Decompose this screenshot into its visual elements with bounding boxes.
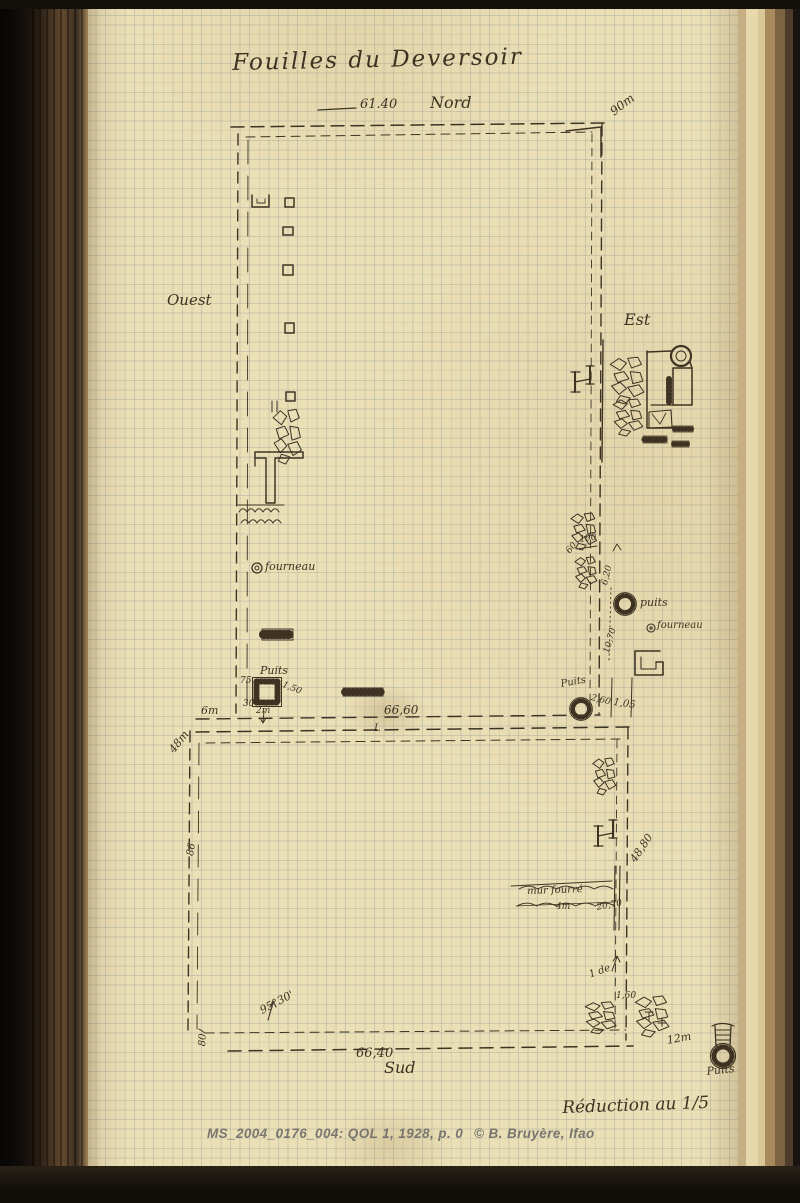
mid-hatched-wall <box>343 688 383 696</box>
east-building <box>571 346 693 447</box>
lower-west-bottom-dim: 80 <box>198 1033 209 1046</box>
compass-north: Nord <box>430 95 472 111</box>
west-offset-label: 6m <box>201 705 218 716</box>
watermark-id: MS_2004_0176_004: QOL 1, 1928, p. 0 <box>207 1127 463 1141</box>
filled-wall-width: 4m <box>556 903 570 912</box>
page-title: Fouilles du Deversoir <box>232 46 523 75</box>
excavation-plan-drawing <box>0 0 800 1203</box>
notebook-scan: Fouilles du Deversoir 61.40 Nord 90m Oue… <box>0 0 800 1203</box>
west-well-depth-dim: 2m <box>256 707 270 716</box>
west-t-wall <box>238 401 303 523</box>
west-well-label: Puits <box>260 665 288 676</box>
west-hatched-pit <box>262 629 293 640</box>
watermark-credit: © B. Bruyère, Ifao <box>474 1127 595 1141</box>
east-furnace-label: fourneau <box>657 621 703 631</box>
north-width-label: 61.40 <box>360 98 397 111</box>
west-pillar-row <box>252 195 295 401</box>
compass-south: Sud <box>384 1060 416 1076</box>
mid-width-label: 66,60 <box>384 704 418 716</box>
east-gap-dim: 1,60 <box>616 992 636 1001</box>
corner-well-label: Puits <box>706 1063 735 1077</box>
compass-west: Ouest <box>167 293 212 308</box>
west-furnace-icon <box>252 563 262 573</box>
lower-east-features <box>511 758 669 1037</box>
west-well-bottom-dim: 30 <box>243 700 254 709</box>
filled-wall-label: mur fourré <box>527 885 583 897</box>
west-well-top-dim: 75 <box>240 677 251 686</box>
east-well-label: puits <box>640 597 668 608</box>
west-square-well-icon <box>253 678 282 724</box>
axis-mark: L <box>374 724 381 734</box>
compass-east: Est <box>624 312 650 328</box>
west-furnace-label: fourneau <box>265 561 315 572</box>
